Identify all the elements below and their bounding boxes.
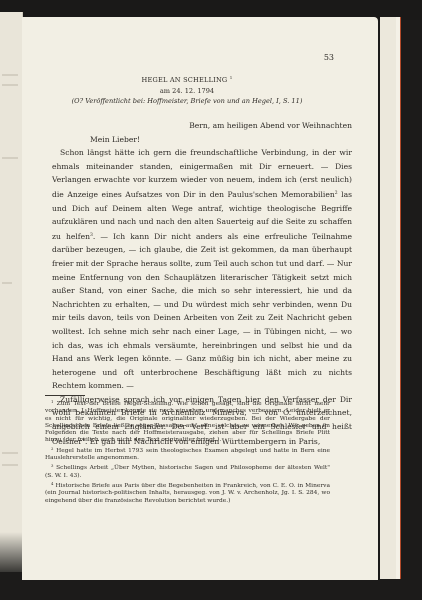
page-stack-edge bbox=[380, 17, 401, 579]
book-page: 53 HEGEL AN SCHELLING 1 am 24. 12. 1794 … bbox=[22, 17, 378, 597]
salutation: Mein Lieber! bbox=[52, 133, 352, 147]
place-date-line: Bern, am heiligen Abend vor Weihnachten bbox=[52, 119, 352, 133]
footnote-text: Schellings Arbeit „Über Mythen, historis… bbox=[45, 465, 330, 478]
letter-source: (O? Veröffentlicht bei: Hoffmeister, Bri… bbox=[22, 96, 352, 107]
page-shadow bbox=[0, 532, 22, 572]
footnote-1: 1 Zum Text der Briefe Hegel-Schelling. W… bbox=[45, 398, 330, 445]
dark-background-bottom bbox=[0, 580, 422, 600]
letter-title: HEGEL AN SCHELLING 1 bbox=[22, 72, 352, 86]
footnote-text: Hegel hatte im Herbst 1793 sein theologi… bbox=[45, 448, 330, 461]
footnote-text: Zum Text der Briefe Hegel-Schelling. Wie… bbox=[45, 401, 330, 443]
bleed-through-text bbox=[2, 157, 18, 159]
footnote-rule bbox=[45, 395, 85, 396]
bleed-through-text bbox=[2, 282, 12, 284]
bleed-through-text bbox=[2, 74, 18, 76]
paragraph: Schon längst hätte ich gern die freundsc… bbox=[52, 146, 352, 393]
page-number: 53 bbox=[324, 53, 334, 62]
footnotes: 1 Zum Text der Briefe Hegel-Schelling. W… bbox=[45, 398, 330, 505]
footnote-4: 4 Historische Briefe aus Paris über die … bbox=[45, 480, 330, 505]
letter-date: am 24. 12. 1794 bbox=[22, 86, 352, 96]
footnote-marker: 1 bbox=[230, 75, 233, 80]
footnote-3: 3 Schellings Arbeit „Über Mythen, histor… bbox=[45, 462, 330, 480]
letter-heading: HEGEL AN SCHELLING 1 am 24. 12. 1794 (O?… bbox=[22, 72, 352, 107]
bleed-through-text bbox=[2, 84, 18, 86]
bleed-through-text bbox=[2, 464, 18, 466]
paragraph-text: Schon längst hätte ich gern die freundsc… bbox=[52, 148, 352, 199]
paragraph-text: . — Ich kann Dir nicht anders als eine e… bbox=[52, 232, 352, 391]
title-text: HEGEL AN SCHELLING bbox=[142, 76, 228, 84]
facing-page-edge bbox=[0, 12, 23, 572]
bleed-through-text bbox=[2, 452, 18, 454]
footnote-2: 2 Hegel hatte im Herbst 1793 sein theolo… bbox=[45, 445, 330, 463]
footnote-text: Historische Briefe aus Paris über die Be… bbox=[45, 483, 330, 504]
